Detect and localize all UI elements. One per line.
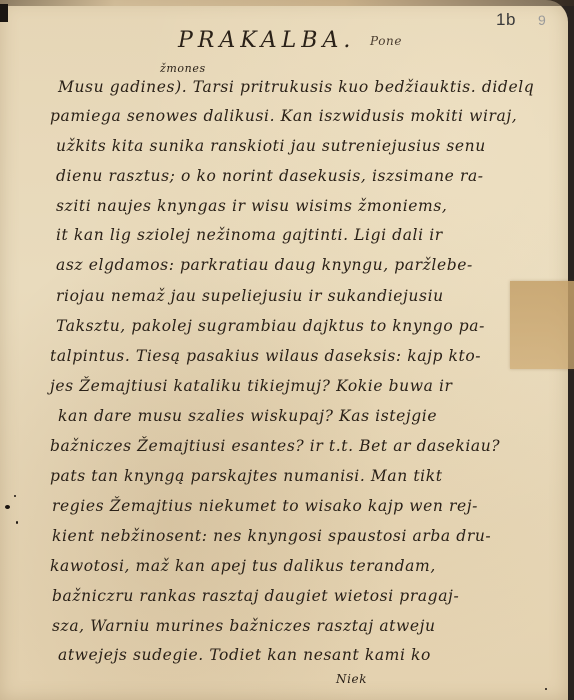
text-line-5: sziti naujes knyngas ir wisu wisims žmon… — [56, 197, 447, 215]
ink-blot — [5, 505, 10, 509]
interlinear-insert: žmones — [160, 62, 206, 75]
text-line-18: bažniczru rankas rasztaj daugiet wietosi… — [52, 587, 459, 605]
ink-speck — [16, 521, 18, 524]
text-line-3: užkits kita sunika ranskioti jau sutreni… — [56, 137, 486, 155]
title-annotation: Pone — [370, 34, 402, 48]
folio-number: 1b — [496, 10, 516, 30]
text-line-15: regies Žemajtius niekumet to wisako kajp… — [52, 497, 478, 515]
text-line-19: sza, Warniu murines bažniczes rasztaj at… — [52, 617, 436, 635]
manuscript-page: 1b 9 PRAKALBA. Pone žmones Musu gadines)… — [0, 0, 568, 700]
folio-number-pencil: 9 — [538, 12, 546, 28]
repair-tape — [510, 281, 574, 369]
text-line-10: talpintus. Tiesą pasakius wilaus daseksi… — [50, 347, 481, 365]
ink-speck — [545, 688, 547, 690]
text-line-1: Musu gadines). Tarsi pritrukusis kuo bed… — [58, 78, 534, 96]
text-line-7: asz elgdamos: parkratiau daug knyngu, pa… — [56, 256, 473, 274]
catchword: Niek — [336, 672, 367, 686]
text-line-17: kawotosi, maž kan apej tus dalikus teran… — [50, 557, 436, 575]
ink-speck — [14, 495, 16, 497]
text-line-12: kan dare musu szalies wiskupaj? Kas iste… — [58, 407, 437, 425]
text-line-20: atwejejs sudegie. Todiet kan nesant kami… — [58, 646, 431, 664]
text-line-2: pamiega senowes dalikusi. Kan iszwidusis… — [50, 107, 517, 125]
text-line-4: dienu rasztus; o ko norint dasekusis, is… — [56, 167, 484, 185]
text-line-8: riojau nemaž jau supeliejusiu ir sukandi… — [56, 287, 444, 305]
page-title: PRAKALBA. — [178, 28, 355, 53]
text-line-14: pats tan knyngą parskajtes numanisi. Man… — [50, 467, 443, 485]
text-line-6: it kan lig sziolej nežinoma gajtinti. Li… — [56, 226, 443, 244]
text-line-16: kient nebžinosent: nes knyngosi spaustos… — [52, 527, 491, 545]
text-line-11: jes Žemajtiusi kataliku tikiejmuj? Kokie… — [50, 377, 453, 395]
text-line-13: bažniczes Žemajtiusi esantes? ir t.t. Be… — [50, 437, 500, 455]
text-line-9: Taksztu, pakolej sugrambiau dajktus to k… — [56, 317, 485, 335]
page-top-edge — [0, 0, 574, 6]
binding-mark — [0, 4, 8, 22]
